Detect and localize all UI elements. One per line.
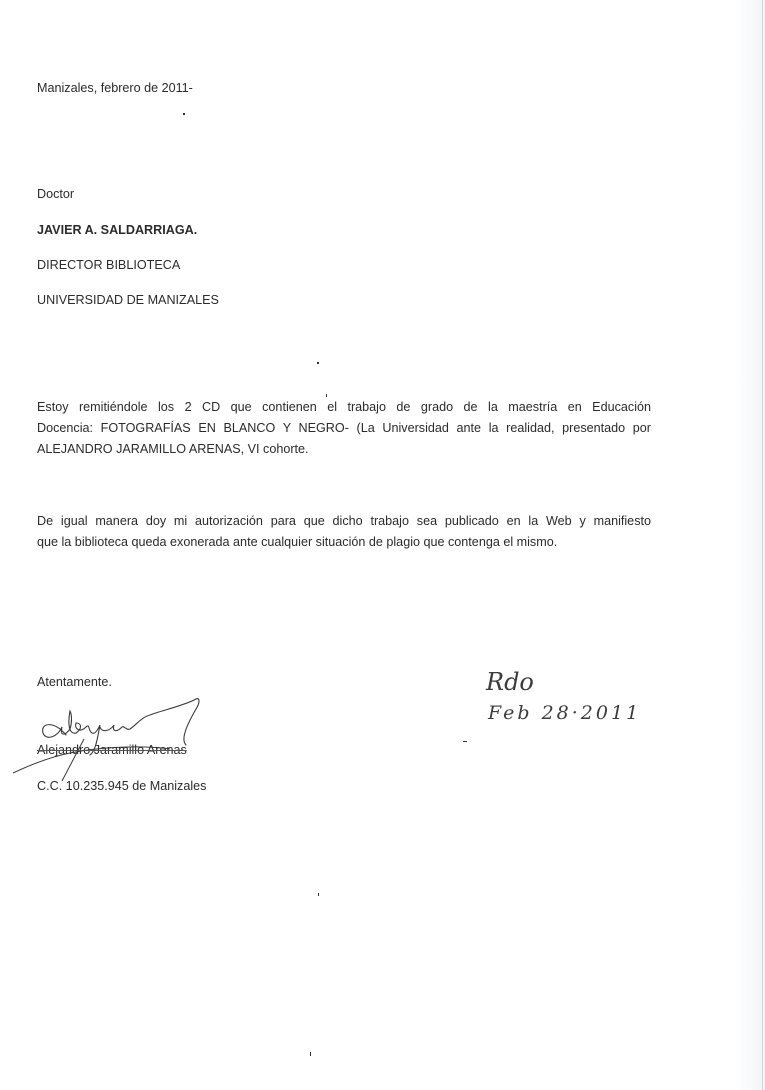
scan-speck <box>463 741 467 742</box>
scan-speck <box>310 1052 311 1056</box>
scan-speck <box>326 394 327 397</box>
closing: Atentamente. <box>37 674 112 690</box>
scan-speck <box>317 362 319 364</box>
scan-speck <box>183 113 185 115</box>
recipient-name: JAVIER A. SALDARRIAGA. <box>37 222 197 238</box>
signer-name: Alejandro Jaramillo Arenas <box>37 742 187 758</box>
paragraph1-line1: Estoy remitiéndole los 2 CD que contiene… <box>37 399 651 415</box>
scanned-letter-page: Manizales, febrero de 2011- Doctor JAVIE… <box>0 0 765 1090</box>
recipient-institution: UNIVERSIDAD DE MANIZALES <box>37 292 219 308</box>
scan-speck <box>318 893 319 896</box>
paragraph2-line2: que la biblioteca queda exonerada ante c… <box>37 534 557 550</box>
signer-id: C.C. 10.235.945 de Manizales <box>37 778 206 794</box>
recipient-salutation: Doctor <box>37 186 74 202</box>
paragraph1-line3: ALEJANDRO JARAMILLO ARENAS, VI cohorte. <box>37 441 309 457</box>
page-edge <box>762 0 763 1090</box>
paragraph1-line2: Docencia: FOTOGRAFÍAS EN BLANCO Y NEGRO-… <box>37 420 651 436</box>
scan-shadow <box>735 0 765 1090</box>
recipient-position: DIRECTOR BIBLIOTECA <box>37 257 180 273</box>
place-date: Manizales, febrero de 2011- <box>37 80 193 96</box>
received-note-date: Feb 28·2011 <box>488 702 641 724</box>
signature-scrawl <box>10 695 210 785</box>
paragraph2-line1: De igual manera doy mi autorización para… <box>37 513 651 529</box>
received-note-rdo: Rdo <box>486 668 534 696</box>
